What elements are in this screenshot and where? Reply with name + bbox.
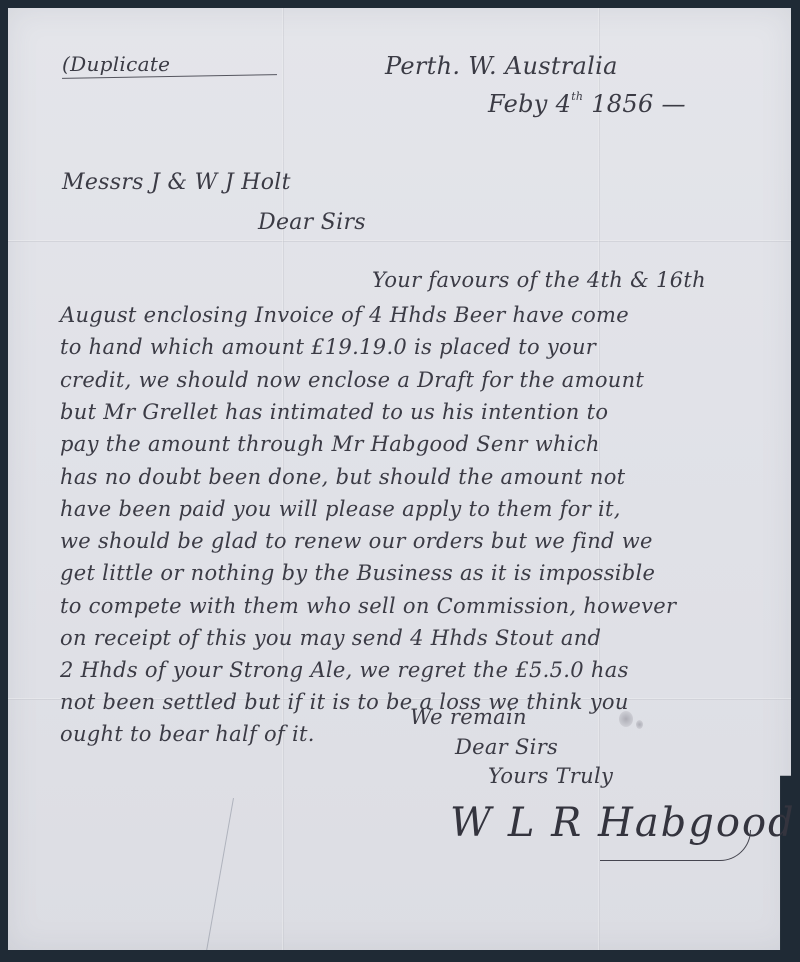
- fold-line-horizontal: [8, 240, 791, 242]
- body-line: get little or nothing by the Business as…: [60, 561, 655, 585]
- date-day: 4: [556, 90, 572, 118]
- body-line: has no doubt been done, but should the a…: [60, 465, 625, 489]
- paper-crease: [205, 798, 234, 956]
- body-line: to compete with them who sell on Commiss…: [60, 594, 676, 618]
- body-line: pay the amount through Mr Habgood Senr w…: [60, 432, 600, 456]
- body-line: not been settled but if it is to be a lo…: [60, 690, 629, 714]
- letter-salutation: Dear Sirs: [258, 210, 366, 235]
- signature-flourish: [600, 830, 751, 861]
- body-line: Your favours of the 4th & 16th: [372, 268, 706, 292]
- closing-line: We remain: [410, 705, 527, 729]
- date-month: Feby: [488, 90, 548, 118]
- letter-addressee: Messrs J & W J Holt: [62, 170, 291, 195]
- date-day-suffix: th: [571, 90, 583, 103]
- body-line: we should be glad to renew our orders bu…: [60, 529, 653, 553]
- body-line: have been paid you will please apply to …: [60, 497, 621, 521]
- body-line: on receipt of this you may send 4 Hhds S…: [60, 626, 601, 650]
- letter-date: Feby 4th 1856 —: [488, 90, 686, 118]
- body-line: ought to bear half of it.: [60, 722, 315, 746]
- letter-place: Perth. W. Australia: [385, 52, 618, 80]
- closing-line: Yours Truly: [488, 764, 613, 788]
- date-year: 1856: [591, 90, 653, 118]
- body-line: credit, we should now enclose a Draft fo…: [60, 368, 644, 392]
- body-line: August enclosing Invoice of 4 Hhds Beer …: [60, 303, 629, 327]
- body-line: but Mr Grellet has intimated to us his i…: [60, 400, 608, 424]
- body-line: to hand which amount £19.19.0 is placed …: [60, 335, 596, 359]
- closing-line: Dear Sirs: [455, 735, 558, 759]
- body-line: 2 Hhds of your Strong Ale, we regret the…: [60, 658, 629, 682]
- ink-blot: [636, 720, 643, 729]
- duplicate-heading: (Duplicate: [62, 52, 170, 76]
- ink-blot: [619, 711, 633, 727]
